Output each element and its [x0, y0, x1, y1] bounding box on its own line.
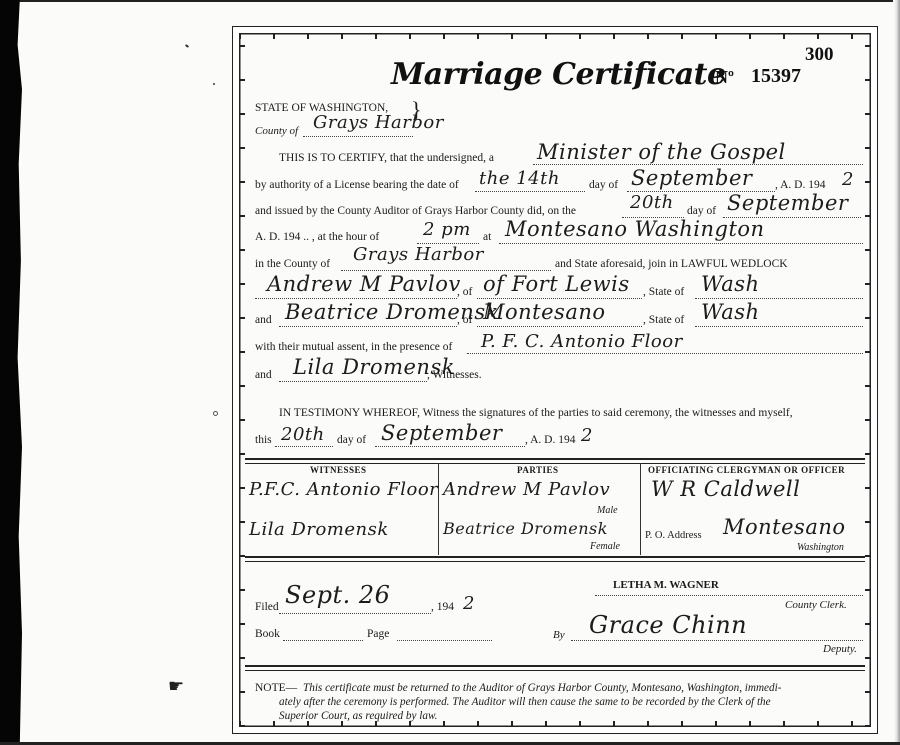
note-line-1: This certificate must be returned to the…: [303, 682, 781, 694]
scan-fleck: [213, 411, 218, 416]
scan-left-edge: [0, 0, 22, 745]
pointing-hand-icon: ☛: [168, 676, 184, 697]
day-of-label-3: day of: [337, 434, 366, 446]
po-state: Washington: [797, 542, 844, 553]
filed-date: Sept. 26: [285, 581, 390, 609]
day-of-label: day of: [589, 179, 618, 191]
note-line-3: Superior Court, as required by law.: [279, 710, 437, 722]
wedlock-text: and State aforesaid, join in LAWFUL WEDL…: [555, 258, 788, 270]
testimony-month: September: [381, 421, 502, 445]
clerk-name: LETHA M. WAGNER: [613, 579, 719, 591]
page-label: Page: [367, 628, 389, 640]
place: Montesano Washington: [505, 217, 765, 241]
field-line: [499, 243, 863, 244]
witness-1: P. F. C. Antonio Floor: [481, 331, 683, 352]
and-label: and: [255, 314, 272, 326]
filed-year-prefix: , 194: [431, 601, 454, 613]
witnesses-suffix: , Witnesses.: [427, 369, 482, 381]
county-value: Grays Harbor: [313, 112, 444, 133]
by-label: By: [553, 629, 565, 641]
divider-rule: [245, 556, 865, 562]
clerk-title: County Clerk.: [785, 599, 847, 611]
day-of-label-2: day of: [687, 205, 716, 217]
header-officiant: OFFICIATING CLERGYMAN OR OFFICER: [648, 465, 845, 475]
groom-signature: Andrew M Pavlov: [443, 479, 610, 500]
license-text: by authority of a License bearing the da…: [255, 179, 459, 191]
book-field: [283, 640, 363, 641]
certificate-number: 15397: [751, 65, 801, 88]
divider-rule: [245, 458, 865, 464]
at-label: at: [483, 231, 491, 243]
testimony-ad: , A. D. 194: [525, 434, 575, 446]
license-month: September: [631, 166, 752, 190]
scan-fleck: [213, 83, 215, 85]
state-of-label: , State of: [643, 286, 684, 298]
header-parties: PARTIES: [517, 465, 559, 475]
field-line: [533, 164, 863, 165]
field-line: [695, 326, 863, 327]
scan-right-edge: [893, 0, 900, 745]
bride-state: Wash: [701, 300, 760, 324]
ceremony-month: September: [727, 191, 848, 215]
filed-year: 2: [463, 593, 475, 614]
license-day: the 14th: [479, 168, 560, 189]
field-line: [467, 353, 863, 354]
po-address-label: P. O. Address: [645, 530, 702, 541]
witness-1-signature: P.F.C. Antonio Floor: [249, 479, 438, 500]
certify-text: THIS IS TO CERTIFY, that the undersigned…: [279, 152, 494, 164]
testimony-day: 20th: [281, 424, 325, 445]
of-label-2: , of: [457, 314, 472, 326]
note-label: NOTE—: [255, 682, 297, 694]
officiant-signature: W R Caldwell: [651, 477, 800, 501]
testimony-text: IN TESTIMONY WHEREOF, Witness the signat…: [279, 407, 793, 419]
header-witnesses: WITNESSES: [310, 465, 367, 475]
field-line: [477, 298, 642, 299]
license-year: 2: [842, 169, 854, 190]
deputy-label: Deputy.: [823, 643, 857, 655]
book-label: Book: [255, 628, 280, 640]
county-label: County of: [255, 125, 298, 137]
ceremony-day: 20th: [630, 192, 674, 213]
field-line: [571, 640, 863, 641]
witness-2-signature: Lila Dromensk: [249, 519, 389, 540]
field-line: [341, 270, 551, 271]
divider-rule: [245, 665, 865, 671]
column-divider: [438, 463, 439, 555]
groom-name: Andrew M Pavlov: [267, 272, 461, 296]
field-line: [279, 613, 431, 614]
field-line: [477, 326, 642, 327]
column-divider: [640, 463, 641, 555]
page-title: Marriage Certificate: [391, 57, 726, 92]
of-label: , of: [457, 286, 472, 298]
note-line-2: ately after the ceremony is performed. T…: [279, 696, 771, 708]
officiant-title: Minister of the Gospel: [537, 140, 786, 164]
field-line: [255, 298, 457, 299]
bride-label: Female: [590, 541, 620, 552]
stamp-number: 300: [805, 44, 834, 66]
number-prefix: Nº: [715, 67, 734, 88]
po-address-value: Montesano: [723, 515, 846, 539]
field-line: [475, 191, 585, 192]
groom-label: Male: [597, 505, 618, 516]
bride-signature: Beatrice Dromensk: [443, 519, 608, 538]
ad-line-start: A. D. 194 .. , at the hour of: [255, 231, 379, 243]
field-line: [303, 136, 413, 137]
groom-residence: of Fort Lewis: [483, 272, 630, 296]
field-line: [279, 381, 427, 382]
field-line: [375, 446, 525, 447]
scan-fleck: [185, 44, 189, 48]
testimony-year: 2: [581, 425, 593, 446]
state-of-label-2: , State of: [643, 314, 684, 326]
bride-residence: Montesano: [483, 300, 606, 324]
hour: 2 pm: [423, 219, 471, 240]
field-line: [279, 326, 457, 327]
field-line: [595, 595, 863, 596]
field-line: [695, 298, 863, 299]
page-field: [397, 640, 492, 641]
ad-label: , A. D. 194: [775, 179, 825, 191]
groom-state: Wash: [701, 272, 760, 296]
and-label-2: and: [255, 369, 272, 381]
filed-label: Filed: [255, 601, 279, 613]
marriage-certificate: 300 Marriage Certificate Nº 15397 STATE …: [233, 27, 877, 733]
in-county-label: in the County of: [255, 258, 330, 270]
issued-text: and issued by the County Auditor of Gray…: [255, 205, 576, 217]
field-line: [275, 446, 333, 447]
this-label: this: [255, 434, 272, 446]
deputy-signature: Grace Chinn: [589, 611, 747, 639]
scan-top-edge: [0, 0, 900, 2]
in-county-value: Grays Harbor: [353, 244, 484, 265]
presence-text: with their mutual assent, in the presenc…: [255, 341, 452, 353]
